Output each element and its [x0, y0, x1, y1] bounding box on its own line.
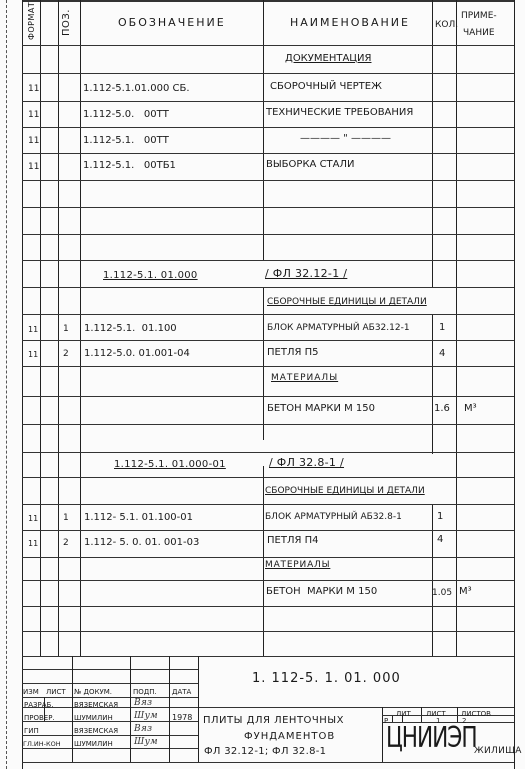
row-line — [22, 396, 514, 397]
binding-edge — [6, 0, 7, 769]
date: 1978 — [172, 712, 192, 724]
item-format: 11 — [28, 324, 38, 336]
row-line — [22, 45, 514, 46]
material-qty: 1.05 — [432, 587, 452, 599]
col-line — [432, 0, 433, 287]
section-materials: МАТЕРИАЛЫ — [265, 559, 330, 571]
tb-col — [198, 656, 199, 762]
row-line — [22, 656, 514, 657]
frame-top — [22, 0, 514, 2]
row-line — [22, 127, 514, 128]
item-qty: 4 — [437, 534, 443, 546]
doc-format: 11 — [28, 109, 39, 121]
item-format: 11 — [28, 538, 38, 550]
doc-format: 11 — [28, 83, 39, 95]
signature: Шум — [134, 736, 158, 748]
material-name: БЕТОН МАРКИ М 150 — [267, 403, 375, 415]
tb-col — [130, 656, 131, 762]
role-name: ВЯЗЕМСКАЯ — [74, 725, 118, 737]
row-line — [22, 287, 514, 288]
header-name: НАИМЕНОВАНИЕ — [290, 17, 410, 29]
signature: Вяз — [134, 697, 152, 709]
role-name: ШУМИЛИН — [74, 738, 113, 750]
col-line — [263, 466, 264, 656]
tb-col — [72, 656, 73, 762]
org-sub: ЖИЛИЩА — [474, 745, 522, 757]
header-designation: ОБОЗНАЧЕНИЕ — [118, 17, 226, 29]
row-line — [22, 260, 514, 261]
row-line — [22, 477, 514, 478]
role: ГЛ.ИН-КОН — [23, 738, 61, 750]
item-pos: 1 — [63, 512, 69, 524]
row-line — [22, 101, 514, 102]
item-pos: 2 — [63, 537, 69, 549]
row-line — [22, 580, 514, 581]
role-name: ШУМИЛИН — [74, 712, 113, 724]
item-name: ПЕТЛЯ П5 — [267, 347, 318, 359]
row-line — [22, 606, 514, 607]
tb-line — [22, 683, 198, 684]
row-line — [22, 530, 514, 531]
specification-sheet: ФОРМАТ ПОЗ. ОБОЗНАЧЕНИЕ НАИМЕНОВАНИЕ КОЛ… — [0, 0, 525, 769]
title-line-1: ПЛИТЫ ДЛЯ ЛЕНТОЧНЫХ — [203, 715, 344, 727]
row-line — [22, 504, 514, 505]
item-format: 11 — [28, 349, 38, 361]
row-line — [22, 207, 514, 208]
lit-label: ЛИТ — [396, 708, 411, 720]
item-qty: 1 — [439, 322, 445, 334]
item-designation: 1.112- 5. 0. 01. 001-03 — [84, 537, 199, 549]
frame-right — [514, 0, 515, 769]
row-line — [22, 366, 514, 367]
material-qty: 1.6 — [434, 403, 450, 415]
doc-name-ditto: ———— " ———— — [300, 133, 391, 145]
item-name: БЛОК АРМАТУРНЫЙ АБ32.8-1 — [265, 511, 402, 523]
row-line — [22, 557, 514, 558]
header-pos: ПОЗ. — [61, 9, 73, 36]
col-line — [432, 314, 433, 454]
material-unit: М³ — [459, 586, 472, 598]
row-line — [22, 314, 514, 315]
item-format: 11 — [28, 513, 38, 525]
signature: Вяз — [134, 723, 152, 735]
tb-line — [22, 669, 198, 670]
doc-name: СБОРОЧНЫЙ ЧЕРТЕЖ — [270, 81, 382, 93]
header-note-2: ЧАНИЕ — [463, 27, 495, 39]
section-assembly-units: СБОРОЧНЫЕ ЕДИНИЦЫ И ДЕТАЛИ — [267, 296, 427, 308]
doc-number: 1. 112-5. 1. 01. 000 — [252, 673, 401, 685]
doc-designation: 1.112-5.1. 00ТТ — [83, 135, 169, 147]
variant1-mark: / ФЛ 32.12-1 / — [265, 268, 347, 280]
row-line — [22, 452, 514, 453]
header-format: ФОРМАТ — [26, 2, 38, 40]
doc-designation: 1.112-5.1.01.000 СБ. — [83, 83, 190, 95]
variant1-heading: 1.112-5.1. 01.000 — [103, 270, 198, 282]
row-line — [22, 424, 514, 425]
col-izm: ИЗМ — [23, 686, 39, 698]
material-name: БЕТОН МАРКИ М 150 — [266, 586, 377, 598]
section-assembly-units: СБОРОЧНЫЕ ЕДИНИЦЫ И ДЕТАЛИ — [265, 485, 425, 497]
doc-format: 11 — [28, 135, 39, 147]
title-line-3: ФЛ 32.12-1; ФЛ 32.8-1 — [204, 746, 326, 758]
item-name: ПЕТЛЯ П4 — [267, 535, 318, 547]
section-materials: МАТЕРИАЛЫ — [271, 372, 338, 384]
row-line — [22, 180, 514, 181]
doc-designation: 1.112-5.1. 00ТБ1 — [83, 160, 176, 172]
col-line — [263, 287, 264, 440]
row-line — [22, 340, 514, 341]
col-list: ЛИСТ — [46, 686, 66, 698]
row-line — [22, 73, 514, 74]
col-doc-no: № ДОКУМ. — [74, 686, 112, 698]
role: ГИП — [24, 725, 39, 737]
doc-name: ТЕХНИЧЕСКИЕ ТРЕБОВАНИЯ — [266, 107, 413, 119]
doc-name: ВЫБОРКА СТАЛИ — [266, 159, 355, 171]
role-name: ВЯЗЕМСКАЯ — [74, 699, 118, 711]
item-name: БЛОК АРМАТУРНЫЙ АБ32.12-1 — [267, 322, 410, 334]
variant2-mark: / ФЛ 32.8-1 / — [269, 457, 344, 469]
item-qty: 1 — [437, 511, 443, 523]
row-line — [22, 234, 514, 235]
title-line-2: ФУНДАМЕНТОВ — [244, 731, 335, 743]
item-pos: 1 — [63, 323, 69, 335]
frame-left — [22, 0, 23, 769]
section-documentation: ДОКУМЕНТАЦИЯ — [285, 53, 371, 65]
doc-format: 11 — [28, 161, 39, 173]
material-unit: М³ — [464, 403, 477, 415]
col-line — [263, 0, 264, 260]
item-designation: 1.112- 5.1. 01.100-01 — [84, 512, 193, 524]
item-pos: 2 — [63, 348, 69, 360]
tb-line — [22, 762, 514, 763]
role: РАЗРАБ. — [24, 699, 54, 711]
header-qty: КОЛ. — [435, 19, 458, 31]
col-date: ДАТА — [172, 686, 191, 698]
item-designation: 1.112-5.0. 01.001-04 — [84, 348, 190, 360]
tb-col — [169, 656, 170, 762]
item-qty: 4 — [439, 348, 445, 360]
variant2-heading: 1.112-5.1. 01.000-01 — [114, 459, 226, 471]
row-line — [22, 631, 514, 632]
org-logo: ЦНИИЭП — [386, 730, 477, 744]
signature: Шум — [134, 710, 158, 722]
role: ПРОВЕР. — [24, 712, 55, 724]
header-note-1: ПРИМЕ- — [461, 10, 497, 22]
item-designation: 1.112-5.1. 01.100 — [84, 323, 177, 335]
doc-designation: 1.112-5.0. 00ТТ — [83, 109, 169, 121]
row-line — [22, 153, 514, 154]
